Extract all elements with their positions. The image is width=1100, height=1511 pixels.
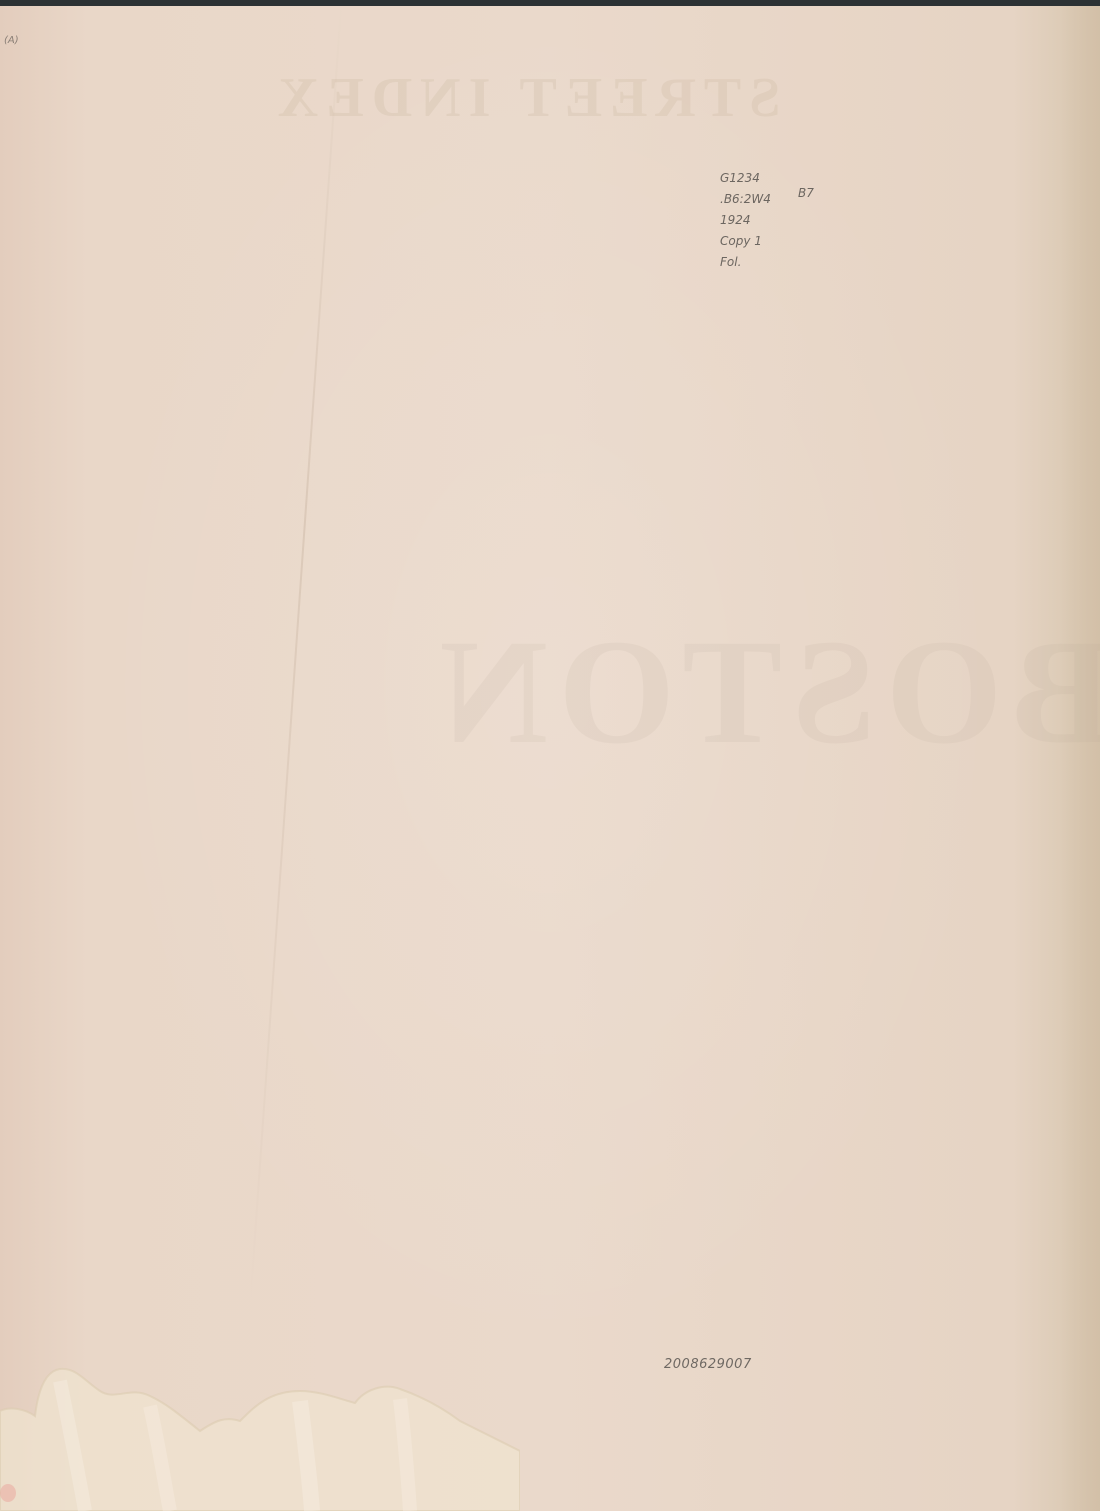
call-number-line: G1234 [720,171,840,192]
call-number-cutter: .B6:2W4 [720,192,771,206]
call-number-line: 1924 [720,213,840,234]
call-number-block: G1234 .B6:2W4 B7 1924 Copy 1 Fol. [720,171,840,276]
red-stain-speck [0,1484,16,1502]
call-number-line: Copy 1 [720,234,840,255]
call-number-line: Fol. [720,255,840,276]
water-stain-shape [0,1311,520,1511]
show-through-large-word: BOSTON [430,606,1100,778]
document-page: STREET INDEX BOSTON (A) G1234 .B6:2W4 B7… [0,6,1100,1511]
call-number-suffix: B7 [798,186,814,200]
accession-number: 2008629007 [664,1358,752,1371]
call-number-line: .B6:2W4 B7 [720,192,840,213]
show-through-title: STREET INDEX [270,66,780,130]
water-stain [0,1311,520,1511]
corner-pencil-mark: (A) [4,36,19,46]
